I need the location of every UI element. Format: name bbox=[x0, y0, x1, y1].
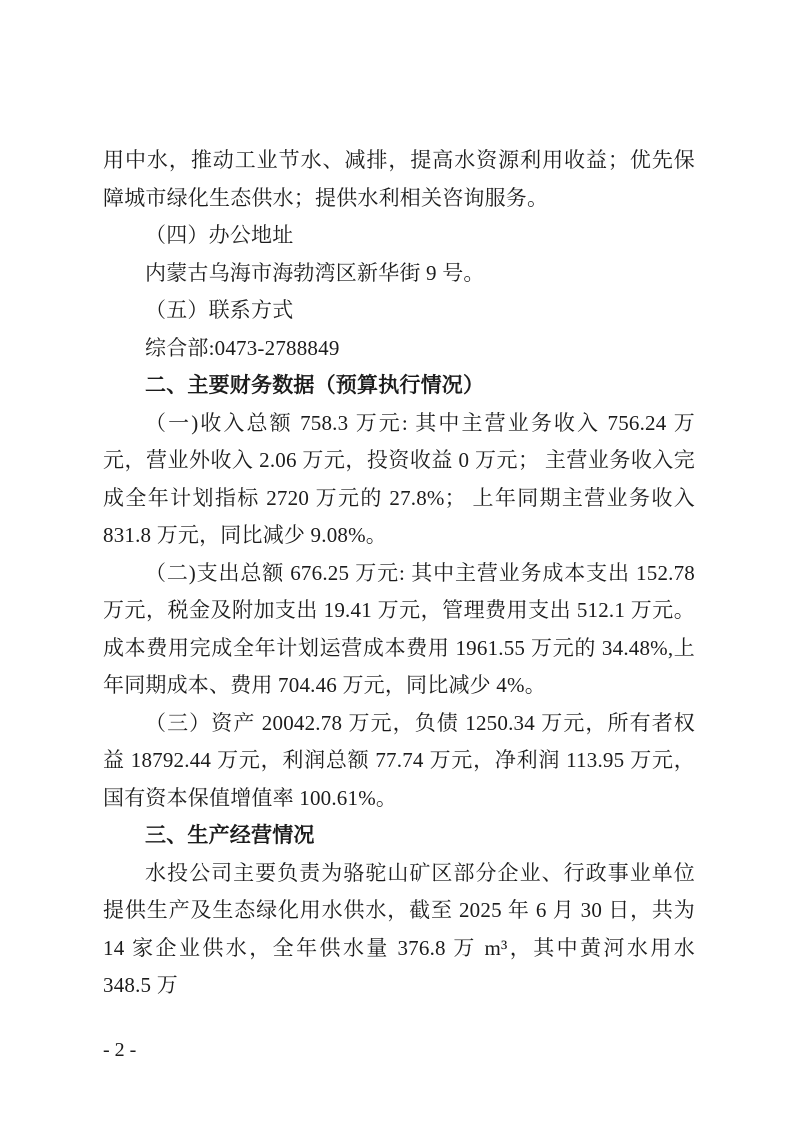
paragraph-phone: 综合部:0473-2788849 bbox=[103, 330, 695, 368]
paragraph-address: 内蒙古乌海市海勃湾区新华街 9 号。 bbox=[103, 255, 695, 293]
paragraph-expenditure: （二)支出总额 676.25 万元: 其中主营业务成本支出 152.78 万元，… bbox=[103, 555, 695, 705]
subheading-contact-info: （五）联系方式 bbox=[103, 292, 695, 330]
heading-production-operations: 三、生产经营情况 bbox=[103, 817, 695, 855]
subheading-office-address: （四）办公地址 bbox=[103, 217, 695, 255]
heading-financial-data: 二、主要财务数据（预算执行情况） bbox=[103, 367, 695, 405]
page-number: - 2 - bbox=[103, 1035, 136, 1065]
paragraph-water-supply: 水投公司主要负责为骆驼山矿区部分企业、行政事业单位提供生产及生态绿化用水供水，截… bbox=[103, 855, 695, 1005]
paragraph-water-services: 用中水，推动工业节水、减排，提高水资源利用收益；优先保障城市绿化生态供水；提供水… bbox=[103, 142, 695, 217]
paragraph-income: （一)收入总额 758.3 万元: 其中主营业务收入 756.24 万元，营业外… bbox=[103, 405, 695, 555]
document-body: 用中水，推动工业节水、减排，提高水资源利用收益；优先保障城市绿化生态供水；提供水… bbox=[103, 142, 695, 1005]
document-page: 用中水，推动工业节水、减排，提高水资源利用收益；优先保障城市绿化生态供水；提供水… bbox=[0, 0, 793, 1122]
paragraph-assets: （三）资产 20042.78 万元，负债 1250.34 万元，所有者权益 18… bbox=[103, 705, 695, 818]
